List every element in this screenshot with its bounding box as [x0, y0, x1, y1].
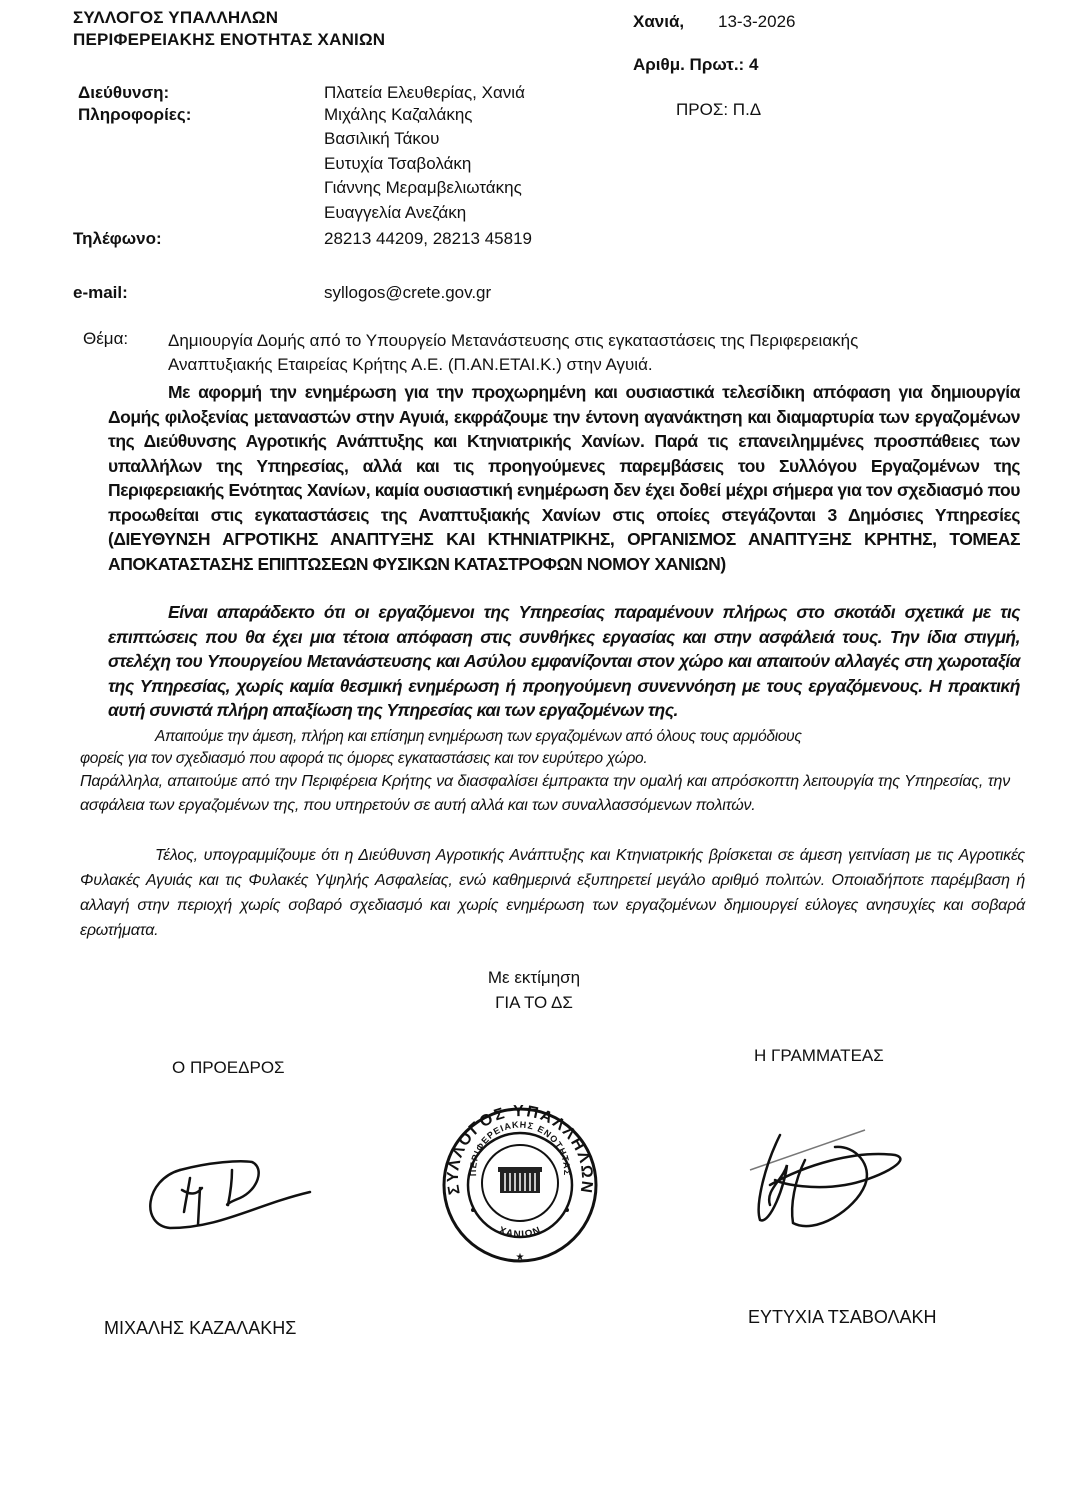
- president-title: Ο ΠΡΟΕΔΡΟΣ: [172, 1058, 285, 1078]
- info-person: Ευτυχία Τσαβολάκη: [324, 154, 471, 174]
- info-person: Γιάννης Μεραμβελιωτάκης: [324, 178, 522, 198]
- phone-label: Τηλέφωνο:: [73, 229, 162, 249]
- letterhead-line1: ΣΥΛΛΟΓΟΣ ΥΠΑΛΛΗΛΩΝ: [73, 8, 278, 28]
- date: 13-3-2026: [718, 12, 796, 32]
- secretary-signature: [745, 1125, 925, 1235]
- body-paragraph-5: Τέλος, υπογραμμίζουμε ότι η Διεύθυνση Αγ…: [80, 843, 1025, 943]
- subject-label: Θέμα:: [83, 329, 128, 349]
- body-paragraph-2: Είναι απαράδεκτο ότι οι εργαζόμενοι της …: [108, 600, 1020, 723]
- letterhead-line2: ΠΕΡΙΦΕΡΕΙΑΚΗΣ ΕΝΟΤΗΤΑΣ ΧΑΝΙΩΝ: [73, 30, 385, 50]
- recipient: ΠΡΟΣ: Π.Δ: [676, 100, 761, 120]
- info-label: Πληροφορίες:: [78, 105, 191, 125]
- body-paragraph-1: Με αφορμή την ενημέρωση για την προχωρημ…: [108, 380, 1020, 576]
- president-name: ΜΙΧΑΛΗΣ ΚΑΖΑΛΑΚΗΣ: [104, 1318, 296, 1339]
- address-value: Πλατεία Ελευθερίας, Χανιά: [324, 83, 525, 103]
- email-value[interactable]: syllogos@crete.gov.gr: [324, 283, 491, 303]
- protocol-label: Αριθμ. Πρωτ.:: [633, 55, 744, 74]
- stamp-bottom-text: ΧΑΝΙΩΝ: [497, 1225, 543, 1241]
- info-person: Μιχάλης Καζαλάκης: [324, 105, 472, 125]
- secretary-name: ΕΥΤΥΧΙΑ ΤΣΑΒΟΛΑΚΗ: [748, 1307, 937, 1328]
- star-icon: ★: [516, 1252, 525, 1263]
- subject-line1: Δημιουργία Δομής από το Υπουργείο Μετανά…: [168, 329, 858, 353]
- place: Χανιά,: [633, 12, 684, 32]
- president-signature: [140, 1150, 320, 1240]
- subject-line2: Αναπτυξιακής Εταιρείας Κρήτης Α.Ε. (Π.ΑΝ…: [168, 353, 653, 377]
- protocol-value: 4: [749, 55, 758, 74]
- paragraph-text: Παράλληλα, απαιτούμε από την Περιφέρεια …: [80, 770, 1010, 818]
- paragraph-text: Είναι απαράδεκτο ότι οι εργαζόμενοι της …: [108, 602, 1020, 696]
- info-person: Βασιλική Τάκου: [324, 129, 439, 149]
- demand-line2: φορείς για τον σχεδιασμό που αφορά τις ό…: [80, 750, 647, 768]
- demand-line1: Απαιτούμε την άμεση, πλήρη και επίσημη ε…: [155, 728, 802, 746]
- closing-on-behalf: ΓΙΑ ΤΟ ΔΣ: [434, 993, 634, 1013]
- secretary-title: Η ΓΡΑΜΜΑΤΕΑΣ: [754, 1046, 884, 1066]
- closing-regards: Με εκτίμηση: [434, 968, 634, 988]
- email-label: e-mail:: [73, 283, 128, 303]
- union-stamp: ΣΥΛΛΟΓΟΣ ΥΠΑΛΛΗΛΩΝ ΠΕΡΙΦΕΡΕΙΑΚΗΣ ΕΝΟΤΗΤΑ…: [440, 1105, 600, 1265]
- protocol-number: Αριθμ. Πρωτ.: 4: [633, 55, 758, 75]
- body-paragraph-4: Παράλληλα, απαιτούμε από την Περιφέρεια …: [80, 770, 1010, 818]
- info-person: Ευαγγελία Ανεζάκη: [324, 203, 466, 223]
- address-label: Διεύθυνση:: [78, 83, 169, 103]
- phone-value: 28213 44209, 28213 45819: [324, 229, 532, 249]
- paragraph-text: Με αφορμή την ενημέρωση για την προχωρημ…: [108, 380, 1020, 576]
- paragraph-text: Τέλος, υπογραμμίζουμε ότι η Διεύθυνση Αγ…: [80, 843, 1025, 943]
- svg-text:ΧΑΝΙΩΝ: ΧΑΝΙΩΝ: [497, 1225, 543, 1241]
